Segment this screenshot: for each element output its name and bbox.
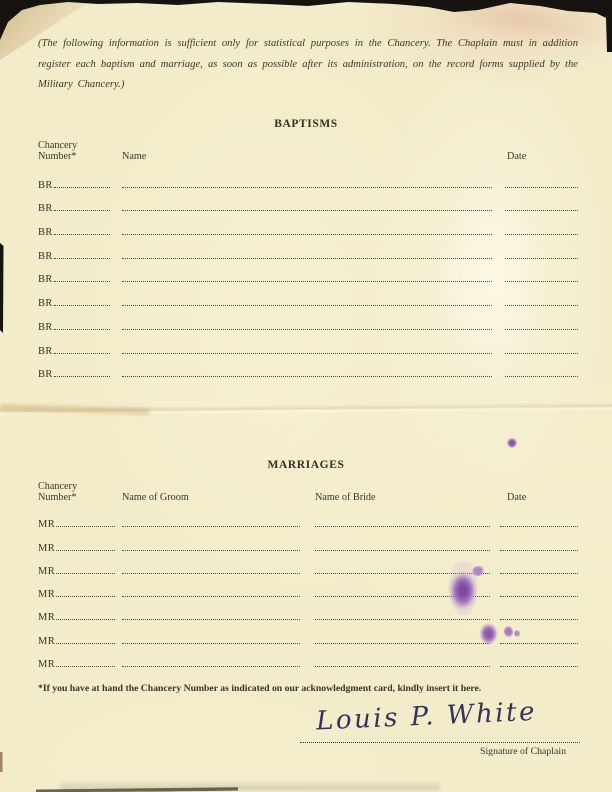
marriage-row-prefix: MR	[38, 612, 55, 623]
scan-mark-left-bottom	[0, 752, 3, 772]
name-blank	[122, 376, 492, 377]
date-blank	[500, 550, 578, 551]
baptism-row-prefix: BR	[38, 298, 53, 309]
bottom-scan-shadow	[60, 781, 440, 790]
groom-name-blank	[122, 573, 300, 574]
name-blank	[122, 305, 492, 306]
intro-paragraph: (The following information is sufficient…	[38, 34, 578, 96]
baptisms-date-header: Date	[507, 151, 526, 162]
bride-name-blank	[315, 666, 490, 667]
baptism-row: BR	[0, 192, 612, 216]
date-blank	[505, 329, 578, 330]
baptism-row: BR	[0, 310, 612, 334]
marriage-row: MR	[0, 648, 612, 671]
date-blank	[505, 234, 578, 235]
groom-name-blank	[122, 550, 300, 551]
date-blank	[505, 376, 578, 377]
name-blank	[122, 234, 492, 235]
date-blank	[505, 210, 578, 211]
baptisms-name-header: Name	[122, 151, 146, 162]
ink-stain-satellite	[472, 566, 484, 576]
chancery-number-blank	[54, 329, 110, 330]
chancery-number-blank	[56, 550, 115, 551]
date-blank	[505, 258, 578, 259]
baptism-row-prefix: BR	[38, 322, 53, 333]
bride-name-blank	[315, 526, 490, 527]
ink-stain-small-2	[514, 630, 520, 637]
marriage-row-prefix: MR	[38, 589, 55, 600]
baptism-row-prefix: BR	[38, 227, 53, 238]
marriages-date-header: Date	[507, 492, 526, 503]
marriages-chancery-header-line1: Chancery	[38, 481, 77, 492]
chancery-number-blank	[54, 210, 110, 211]
baptisms-chancery-header-line1: Chancery	[38, 140, 77, 151]
marriage-row-prefix: MR	[38, 659, 55, 670]
marriages-bride-header: Name of Bride	[315, 492, 376, 503]
date-blank	[505, 353, 578, 354]
scanned-form-page: (The following information is sufficient…	[0, 0, 612, 792]
marriage-rows: MR MR MR MR MR MR	[0, 508, 612, 671]
bride-name-blank	[315, 550, 490, 551]
marriage-row: MR	[0, 531, 612, 554]
chancery-number-blank	[54, 258, 110, 259]
baptisms-title: BAPTISMS	[0, 118, 612, 130]
date-blank	[500, 526, 578, 527]
name-blank	[122, 210, 492, 211]
baptism-row: BR	[0, 334, 612, 358]
marriage-row: MR	[0, 508, 612, 531]
ink-stain-dot	[507, 438, 517, 448]
chancery-number-blank	[56, 596, 115, 597]
baptisms-chancery-number-header: Chancery Number*	[38, 140, 77, 162]
marriage-row: MR	[0, 578, 612, 601]
baptism-row: BR	[0, 263, 612, 287]
name-blank	[122, 258, 492, 259]
baptism-row-prefix: BR	[38, 369, 53, 380]
date-blank	[505, 281, 578, 282]
baptisms-chancery-header-line2: Number*	[38, 151, 77, 162]
date-blank	[505, 187, 578, 188]
baptism-rows: BR BR BR BR BR BR BR	[0, 168, 612, 381]
marriages-chancery-number-header: Chancery Number*	[38, 481, 77, 503]
baptism-row: BR	[0, 358, 612, 382]
marriage-row-prefix: MR	[38, 566, 55, 577]
marriage-row-prefix: MR	[38, 519, 55, 530]
baptism-row-prefix: BR	[38, 203, 53, 214]
chancery-number-blank	[56, 619, 115, 620]
date-blank	[500, 596, 578, 597]
groom-name-blank	[122, 666, 300, 667]
date-blank	[500, 619, 578, 620]
date-blank	[505, 305, 578, 306]
baptism-row: BR	[0, 168, 612, 192]
chancery-number-blank	[56, 643, 115, 644]
marriage-row: MR	[0, 601, 612, 624]
groom-name-blank	[122, 596, 300, 597]
ink-stain-small-1	[504, 626, 513, 637]
chancery-number-blank	[54, 234, 110, 235]
chancery-number-blank	[54, 281, 110, 282]
ink-stain-medium-blob	[480, 620, 499, 645]
chancery-number-blank	[56, 526, 115, 527]
baptism-row: BR	[0, 239, 612, 263]
name-blank	[122, 353, 492, 354]
chancery-number-blank	[56, 666, 115, 667]
chancery-number-footnote: *If you have at hand the Chancery Number…	[38, 683, 578, 694]
marriage-row-prefix: MR	[38, 636, 55, 647]
name-blank	[122, 329, 492, 330]
baptism-row: BR	[0, 215, 612, 239]
baptism-row-prefix: BR	[38, 346, 53, 357]
marriage-row: MR	[0, 624, 612, 647]
marriage-row-prefix: MR	[38, 543, 55, 554]
date-blank	[500, 666, 578, 667]
signature-caption: Signature of Chaplain	[480, 746, 566, 757]
baptism-row-prefix: BR	[38, 180, 53, 191]
groom-name-blank	[122, 619, 300, 620]
marriage-row: MR	[0, 555, 612, 578]
chancery-number-blank	[56, 573, 115, 574]
marriages-title: MARRIAGES	[0, 459, 612, 471]
chancery-number-blank	[54, 353, 110, 354]
baptism-row: BR	[0, 286, 612, 310]
marriages-groom-header: Name of Groom	[122, 492, 189, 503]
bride-name-blank	[315, 643, 490, 644]
bride-name-blank	[315, 619, 490, 620]
baptism-row-prefix: BR	[38, 274, 53, 285]
groom-name-blank	[122, 643, 300, 644]
date-blank	[500, 573, 578, 574]
name-blank	[122, 187, 492, 188]
baptism-row-prefix: BR	[38, 251, 53, 262]
chancery-number-blank	[54, 376, 110, 377]
groom-name-blank	[122, 526, 300, 527]
chancery-number-blank	[54, 305, 110, 306]
date-blank	[500, 643, 578, 644]
marriages-chancery-header-line2: Number*	[38, 492, 77, 503]
name-blank	[122, 281, 492, 282]
chancery-number-blank	[54, 187, 110, 188]
